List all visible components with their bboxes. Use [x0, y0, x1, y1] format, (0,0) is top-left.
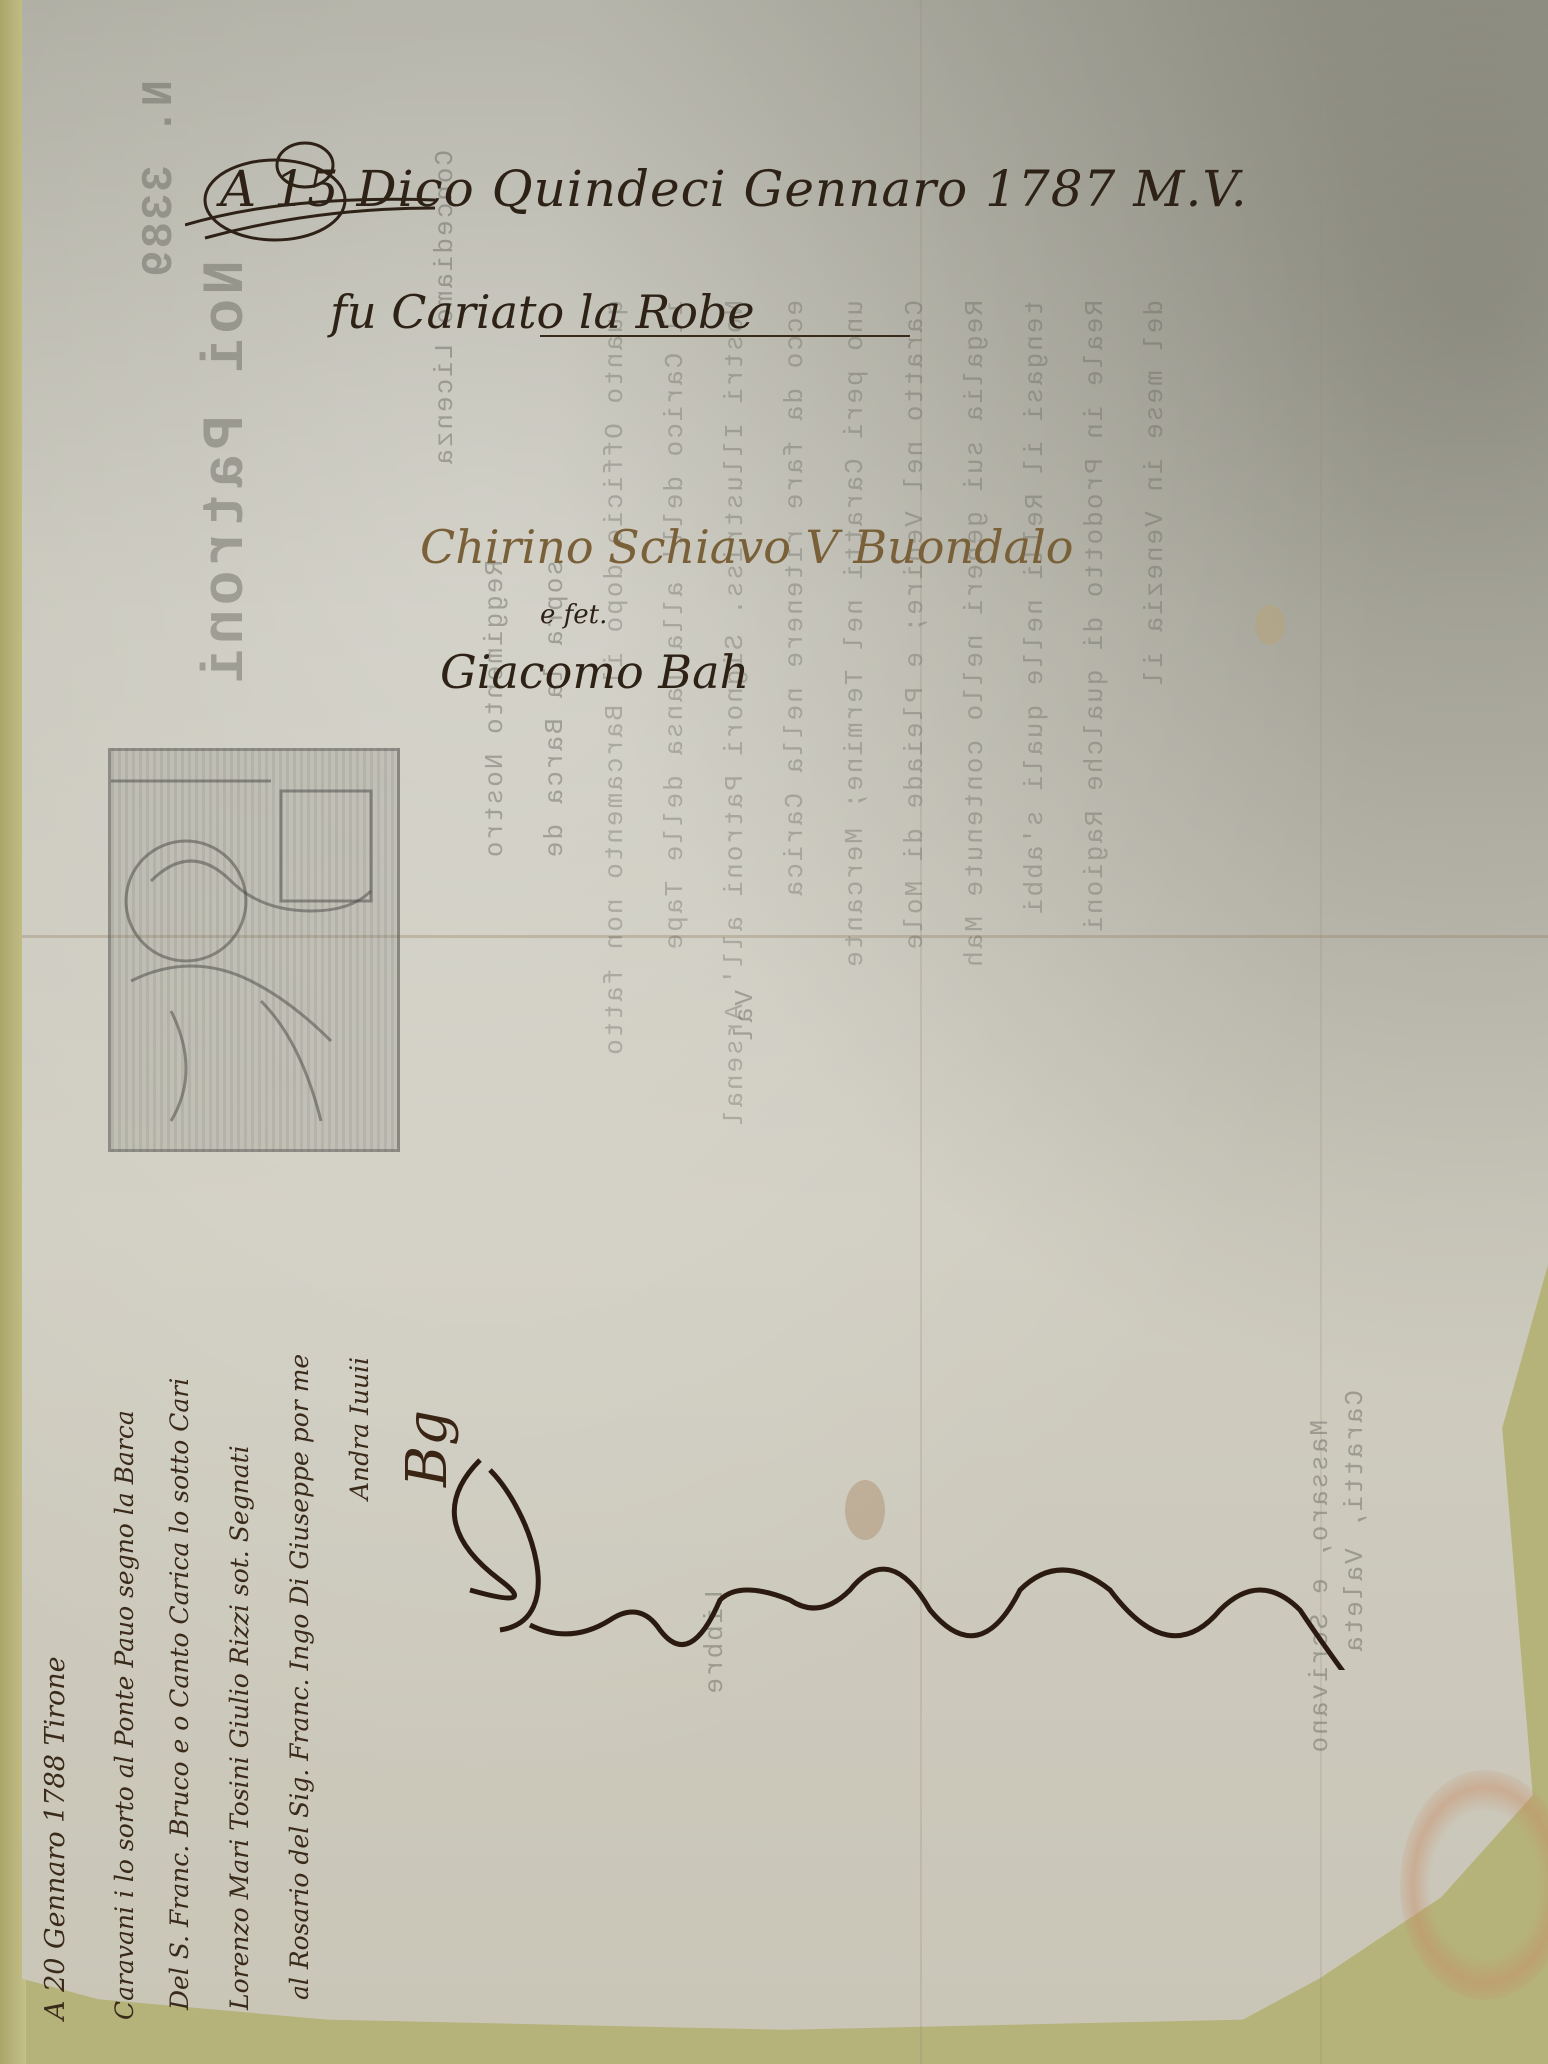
cancellation-squiggle: [380, 1430, 1480, 1670]
side-note-line: A 20 Gennaro 1788 Tirone: [40, 1590, 71, 2020]
printed-title: Noi Patroni: [195, 260, 260, 687]
winged-lion-emblem: [108, 748, 400, 1152]
signature-dark: Giacomo Bah: [440, 645, 749, 699]
handwritten-loaded-note: fu Cariato la Robe: [330, 285, 755, 339]
underline-stroke: [540, 335, 910, 337]
ink-stain: [1255, 605, 1285, 645]
signature-brown: Chirino Schiavo V Buondalo: [420, 520, 1073, 574]
side-note-line: Caravani i lo sorto al Ponte Pauo segno …: [110, 1040, 139, 2020]
side-note-line: Andra Iuuii: [345, 1200, 374, 1500]
signature-note: e fet.: [540, 600, 607, 630]
handwritten-date-line: A 15 Dico Quindeci Gennaro 1787 M.V.: [220, 160, 1248, 218]
side-note-line: al Rosario del Sig. Franc. Ingo Di Giuse…: [285, 1100, 314, 2000]
side-note-line: Lorenzo Mari Tosini Giulio Rizzi sot. Se…: [225, 1140, 254, 2010]
printed-form-number: N. 3389: [135, 80, 185, 279]
side-note-line: Del S. Franc. Bruco e o Canto Carica lo …: [165, 1060, 194, 2010]
ink-stain: [845, 1480, 885, 1540]
printed-column: Reggimento Nostro: [480, 560, 510, 859]
